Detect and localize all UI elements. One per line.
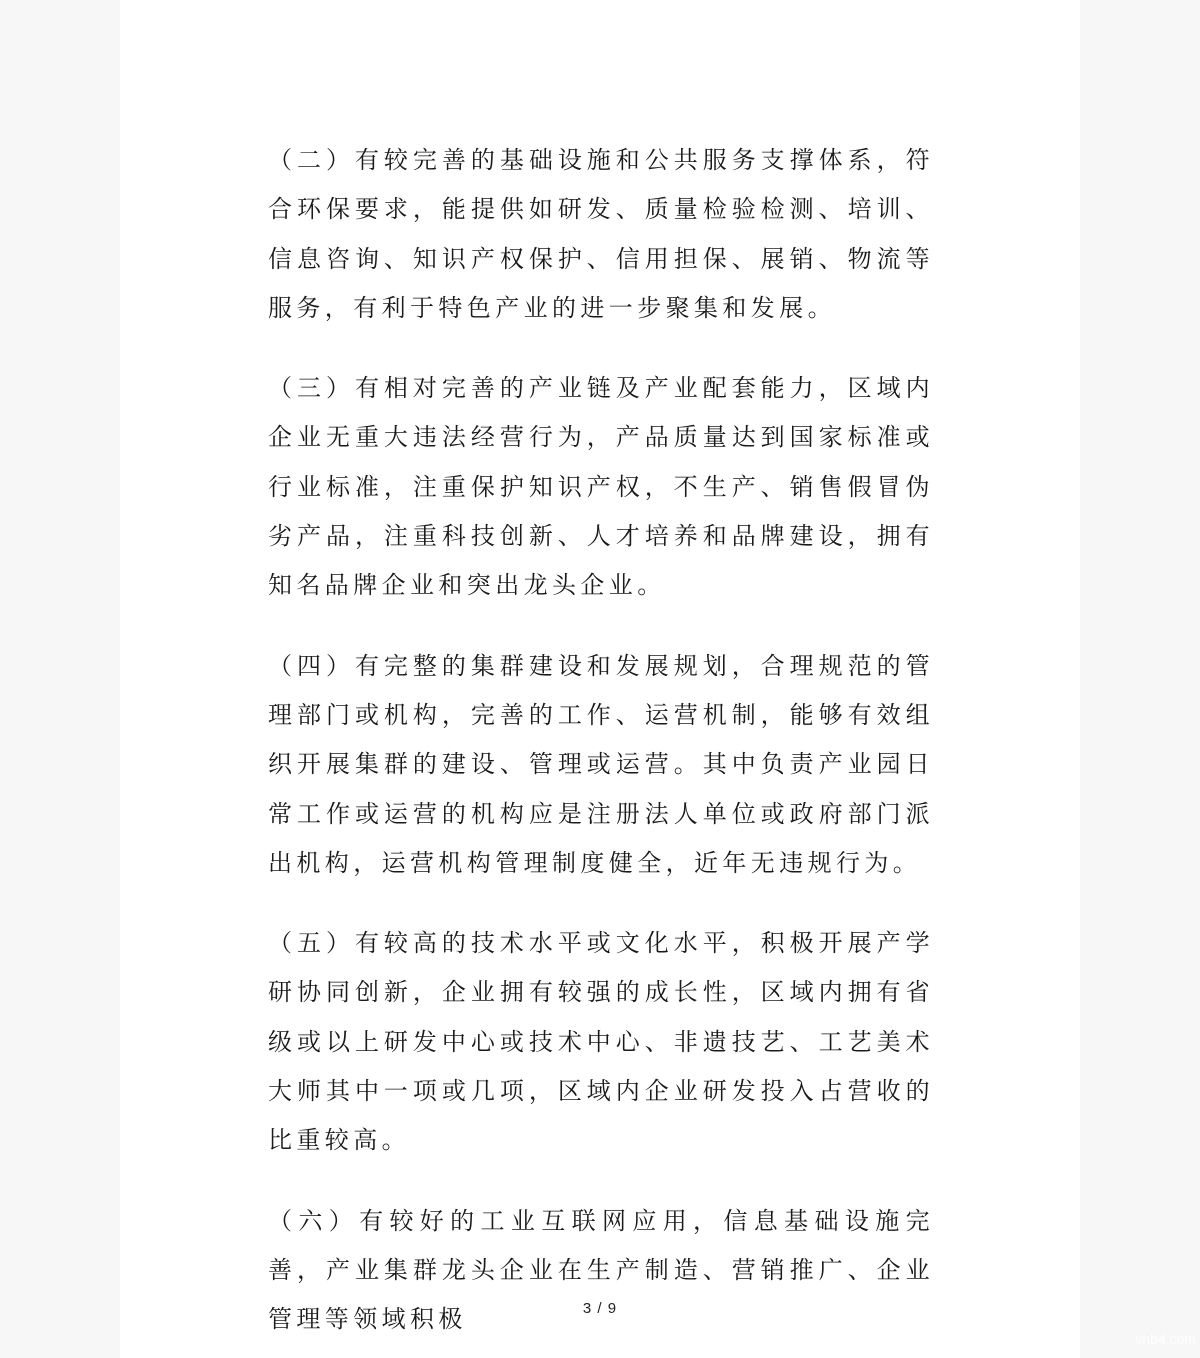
paragraph-4: （四）有完整的集群建设和发展规划，合理规范的管理部门或机构，完善的工作、运营机制… xyxy=(268,642,934,888)
paragraph-6: （六）有较好的工业互联网应用，信息基础设施完善，产业集群龙头企业在生产制造、营销… xyxy=(268,1197,934,1345)
watermark: vnb4.com xyxy=(1135,1331,1196,1347)
paragraph-2: （二）有较完善的基础设施和公共服务支撑体系，符合环保要求，能提供如研发、质量检验… xyxy=(268,136,934,333)
paragraph-5: （五）有较高的技术水平或文化水平，积极开展产学研协同创新，企业拥有较强的成长性，… xyxy=(268,919,934,1165)
document-page: （二）有较完善的基础设施和公共服务支撑体系，符合环保要求，能提供如研发、质量检验… xyxy=(120,0,1080,1358)
page-number: 3 / 9 xyxy=(120,1300,1080,1317)
paragraph-3: （三）有相对完善的产业链及产业配套能力，区域内企业无重大违法经营行为，产品质量达… xyxy=(268,364,934,610)
page-content: （二）有较完善的基础设施和公共服务支撑体系，符合环保要求，能提供如研发、质量检验… xyxy=(268,136,934,1345)
